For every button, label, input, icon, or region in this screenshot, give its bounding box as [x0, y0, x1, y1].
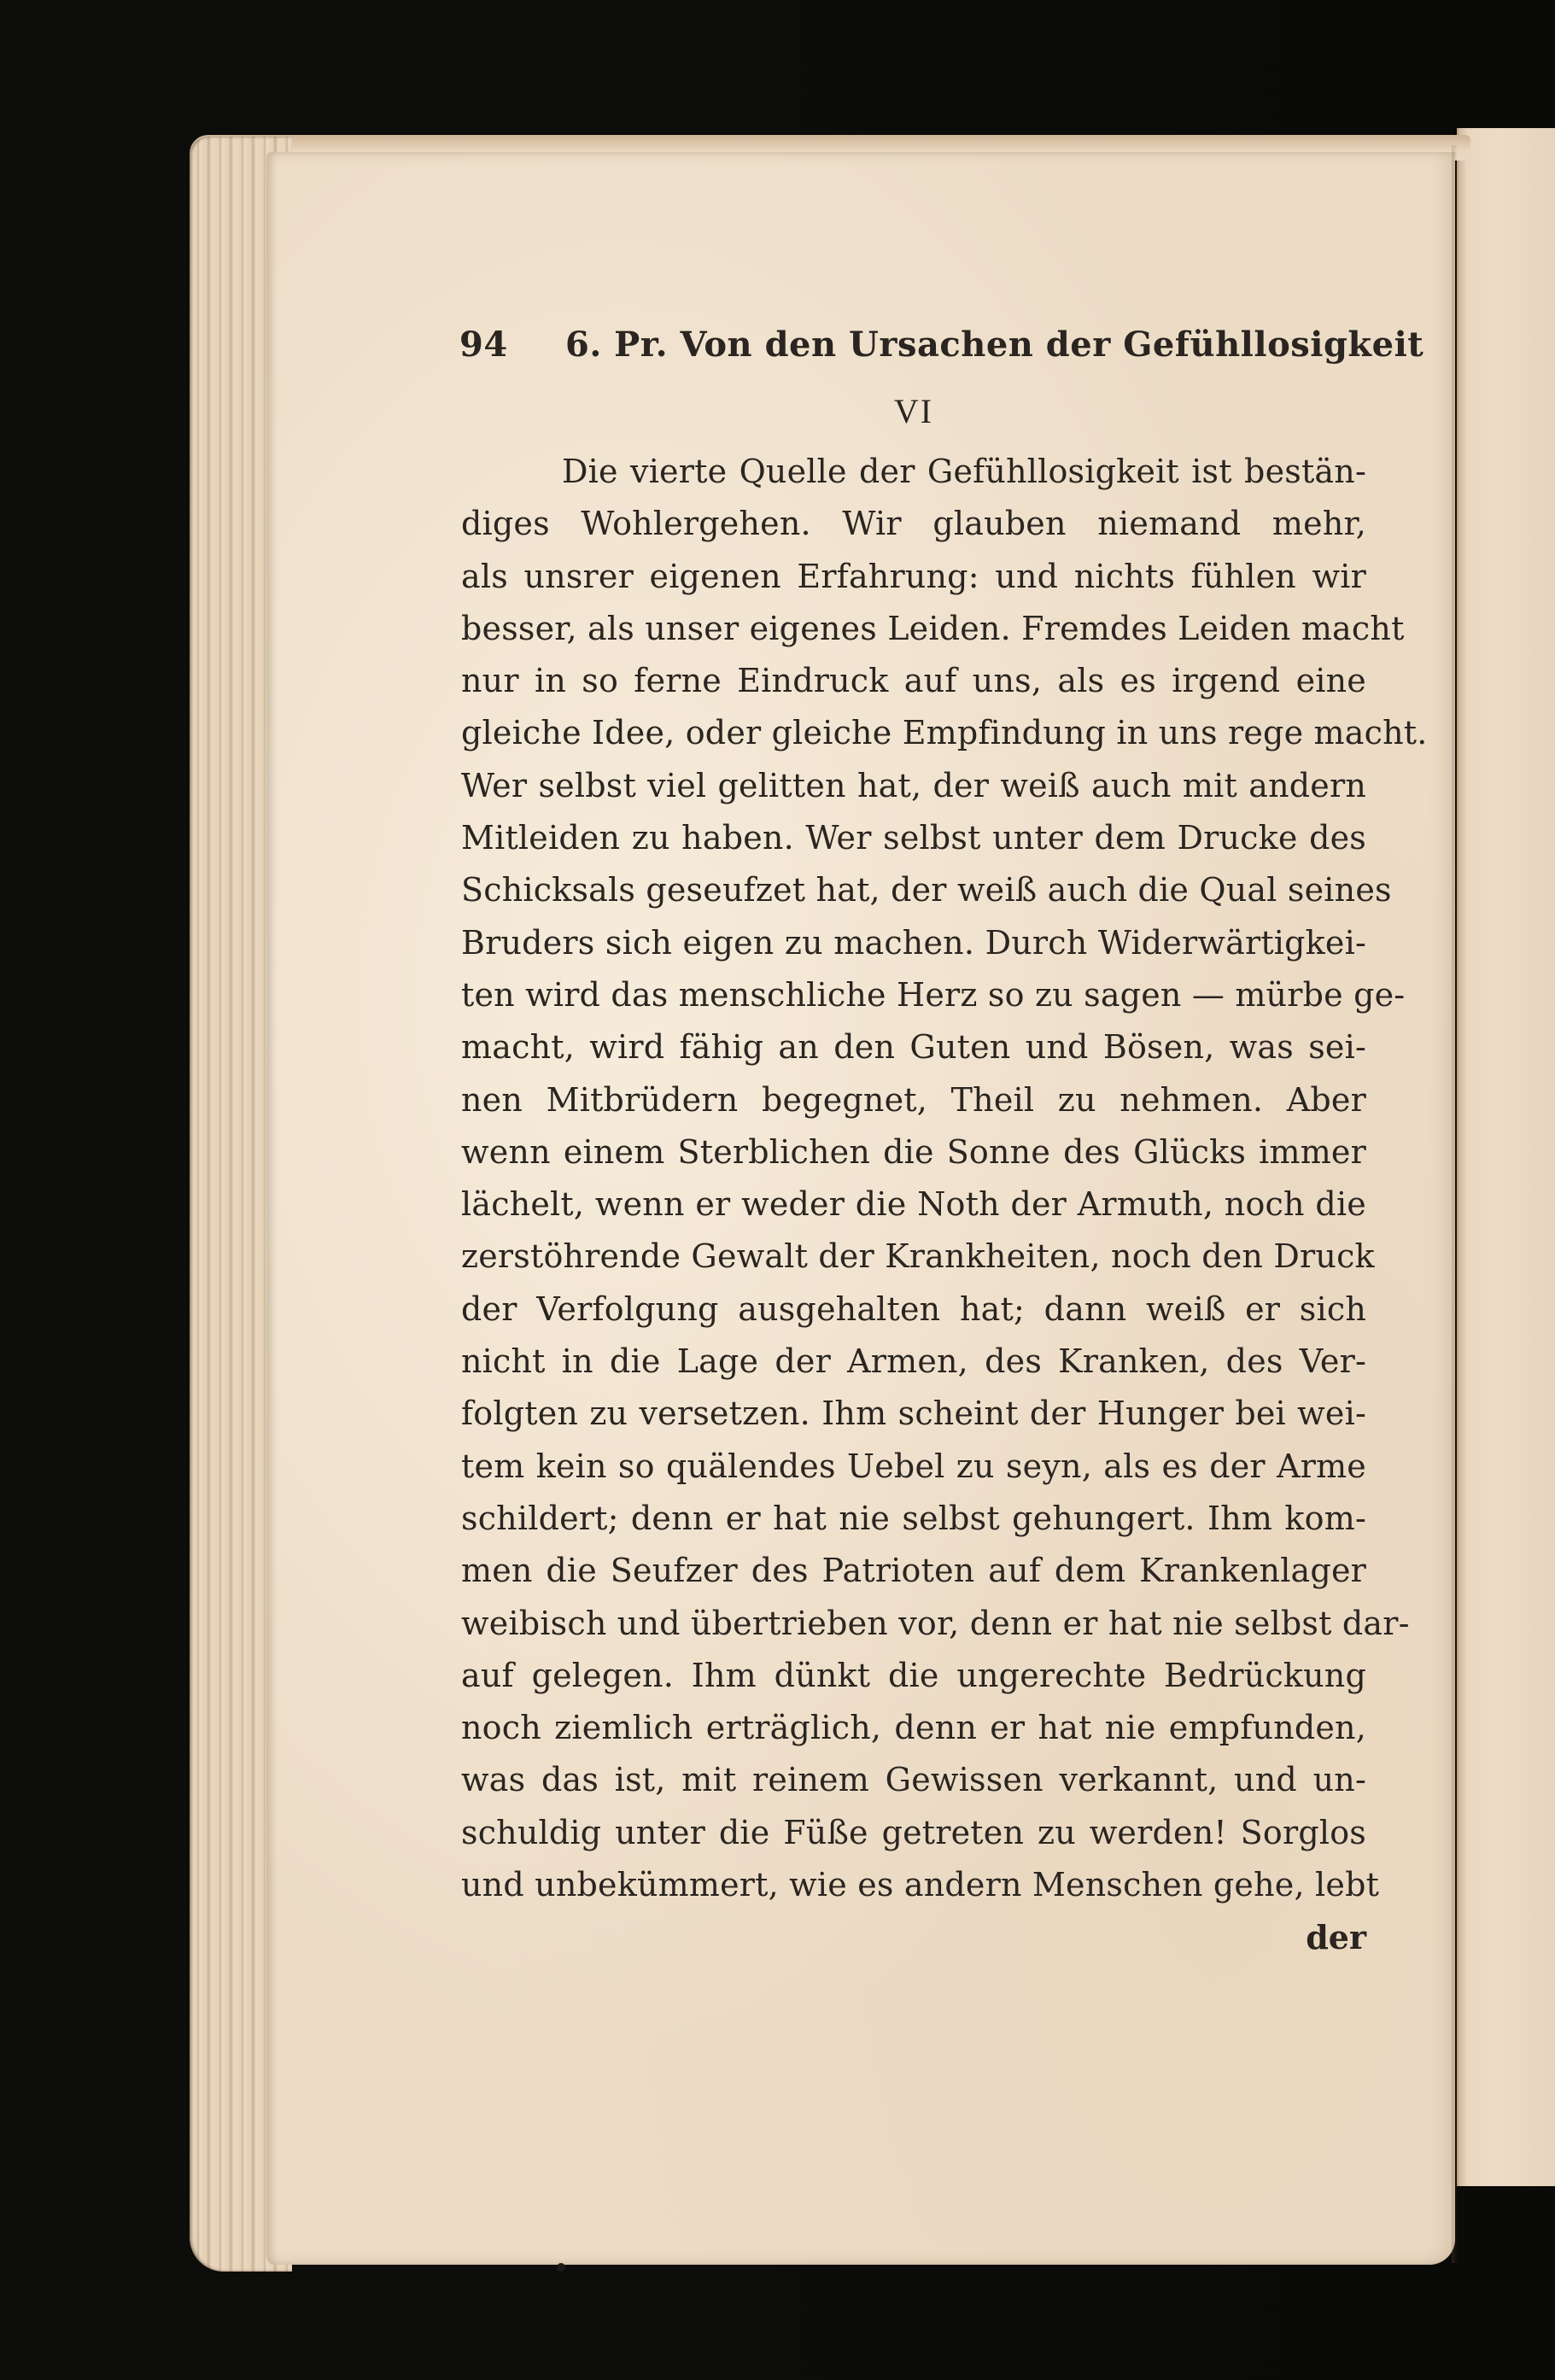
facing-page-edge	[1457, 128, 1555, 2186]
text-line: Die vierte Quelle der Gefühllosigkeit is…	[461, 446, 1366, 498]
text-line: der Verfolgung ausgehalten hat; dann wei…	[461, 1284, 1366, 1336]
text-line: gleiche Idee, oder gleiche Empfindung in…	[461, 707, 1366, 759]
text-line: nur in so ferne Eindruck auf uns, als es…	[461, 655, 1366, 707]
text-line: men die Seufzer des Patrioten auf dem Kr…	[461, 1545, 1366, 1597]
text-line: schildert; denn er hat nie selbst gehung…	[461, 1493, 1366, 1545]
text-line: schuldig unter die Füße getreten zu werd…	[461, 1807, 1366, 1859]
text-line: Schicksals geseufzet hat, der weiß auch …	[461, 864, 1366, 916]
text-line: besser, als unser eigenes Leiden. Fremde…	[461, 603, 1366, 655]
text-line: ten wird das menschliche Herz so zu sage…	[461, 969, 1366, 1021]
page-number: 94	[459, 325, 508, 365]
text-block: 94 6. Pr. Von den Ursachen der Gefühllos…	[461, 325, 1366, 1963]
section-number: VI	[461, 391, 1366, 442]
body-text: Die vierte Quelle der Gefühllosigkeit is…	[461, 446, 1366, 1911]
text-line: nicht in die Lage der Armen, des Kranken…	[461, 1336, 1366, 1388]
catchword: der	[461, 1911, 1366, 1963]
text-line: was das ist, mit reinem Gewissen verkann…	[461, 1754, 1366, 1806]
text-line: zerstöhrende Gewalt der Krankheiten, noc…	[461, 1231, 1366, 1283]
running-head-title: 6. Pr. Von den Ursachen der Gefühllosigk…	[565, 325, 1423, 365]
text-line: und unbekümmert, wie es andern Menschen …	[461, 1859, 1366, 1911]
text-line: lächelt, wenn er weder die Noth der Armu…	[461, 1178, 1366, 1231]
text-line: Bruders sich eigen zu machen. Durch Wide…	[461, 917, 1366, 969]
text-line: diges Wohlergehen. Wir glauben niemand m…	[461, 498, 1366, 550]
text-line: macht, wird fähig an den Guten und Bösen…	[461, 1021, 1366, 1073]
ink-speck	[557, 2263, 565, 2272]
text-line: folgten zu versetzen. Ihm scheint der Hu…	[461, 1388, 1366, 1440]
text-line: auf gelegen. Ihm dünkt die ungerechte Be…	[461, 1650, 1366, 1702]
text-line: weibisch und übertrieben vor, denn er ha…	[461, 1598, 1366, 1650]
running-head: 94 6. Pr. Von den Ursachen der Gefühllos…	[461, 325, 1366, 376]
text-line: als unsrer eigenen Erfahrung: und nichts…	[461, 551, 1366, 603]
text-line: noch ziemlich erträglich, denn er hat ni…	[461, 1702, 1366, 1754]
gutter-shadow	[1452, 145, 1457, 2263]
text-line: nen Mitbrüdern begegnet, Theil zu nehmen…	[461, 1074, 1366, 1126]
text-line: Mitleiden zu haben. Wer selbst unter dem…	[461, 812, 1366, 864]
text-line: wenn einem Sterblichen die Sonne des Glü…	[461, 1126, 1366, 1178]
text-line: Wer selbst viel gelitten hat, der weiß a…	[461, 760, 1366, 812]
text-line: tem kein so quälendes Uebel zu seyn, als…	[461, 1441, 1366, 1493]
